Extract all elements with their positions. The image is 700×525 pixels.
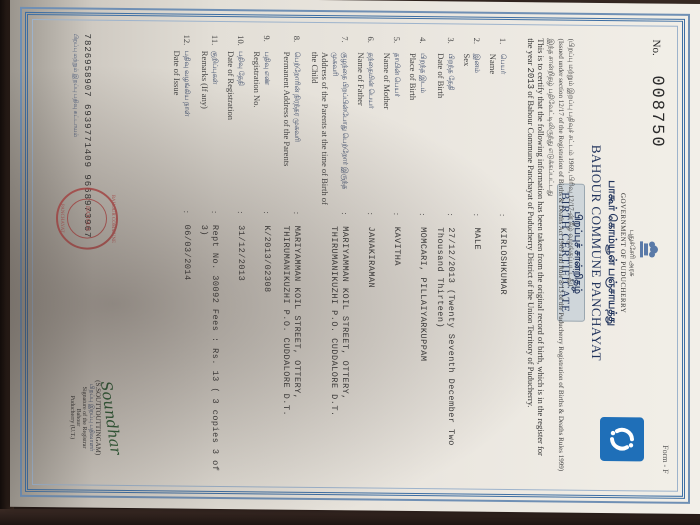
field-separator: : [488,214,508,228]
circular-arrows-logo-icon [600,417,644,461]
serial-number: No. 008750 [647,39,666,148]
field-label: பிறந்த இடம்Place of Birth [408,53,428,213]
field-value: 06/03/2014 [172,224,192,478]
field-index: 6. [356,36,376,52]
field-row: 3.பிறந்த தேதிDate of Birth:27/12/2013 (T… [434,37,456,481]
field-label-english: Date of Birth [436,53,446,213]
field-index: 8. [280,36,302,52]
field-value: Rept No. 30092 Fees : Rs. 13 ( 3 copies … [198,225,220,479]
official-seal: BAHOUR COMMUNE BAHOUR PANCHAYAT [56,187,118,250]
field-label: பதிவு தேதிDate of Registration [226,51,246,211]
form-label: Form - F [661,445,670,474]
certificate-fields: 1.பெயர்Name:KIRLOSHKUMAR2.இனம்Sex:MALE3.… [172,34,514,482]
field-label: குழந்தை பிறப்பின்போது பெற்றோர் இருந்த மு… [310,52,350,212]
field-row: 6.தந்தையின் பெயர்Name of Father:JANAKIRA… [356,36,376,480]
seal-ring-bottom: PANCHAYAT [59,189,64,247]
field-value: MARIYAMMAN KOIL STREET, OTTERY, THIRUMAN… [280,226,302,480]
serial-prefix: No. [650,39,662,55]
field-value: MARIYAMMAN KOIL STREET, OTTERY, THIRUMAN… [310,226,350,480]
field-label-tamil: பெற்றோரின் நிரந்தர முகவரி [292,52,302,212]
field-label: பெற்றோரின் நிரந்தர முகவரிPermanent Addre… [280,52,302,212]
field-label: பிறந்த தேதிDate of Birth [434,53,456,213]
field-label-tamil: இனம் [472,54,482,214]
field-label-english: Sex [462,54,472,214]
field-index: 2. [462,38,482,54]
field-separator: : [252,211,272,225]
field-label-tamil: பதிவு தேதி [236,51,246,211]
field-row: 7.குழந்தை பிறப்பின்போது பெற்றோர் இருந்த … [310,36,350,480]
field-label-tamil: பிறந்த தேதி [446,53,456,213]
birth-certificate: No. 008750 Form - F புதுச்சேரி அரசு GOVE… [10,0,700,514]
field-value: MOMCARI, PILLAIYARKUPPAM [408,227,428,481]
serial-value: 008750 [647,75,666,148]
field-label-english: Name of Father [356,52,366,212]
field-label-english: Name [488,54,498,214]
field-row: 4.பிறந்த இடம்Place of Birth:MOMCARI, PIL… [408,37,428,481]
field-label-english: Name of Mother [382,53,392,213]
field-label-english: Registration No. [252,51,262,211]
field-value: K/2013/02308 [252,225,272,479]
field-index: 1. [488,38,508,54]
field-index: 10. [226,35,246,51]
field-index: 12. [172,34,192,50]
seal-ring-top: BAHOUR COMMUNE [110,190,115,248]
field-index: 5. [382,37,402,53]
footer-tamil-note: பிறப்பு மற்றும் இறப்பு பதிவு கட்டாயம் [71,33,78,137]
registrar-district: Puducherry (U.T.) [69,357,75,477]
field-separator: : [310,212,350,226]
field-separator: : [280,212,302,226]
field-label-english: Permanent Address of the Parents [282,52,292,212]
field-row: 10.பதிவு தேதிDate of Registration:31/12/… [226,35,246,479]
field-label-tamil: குறிப்புகள் [210,51,220,211]
field-separator: : [356,212,376,226]
field-separator: : [198,211,220,225]
field-label-english: Remarks (If any) [200,51,210,211]
field-label: தாயின் பெயர்Name of Mother [382,53,402,213]
field-index: 11. [198,35,220,51]
field-row: 12.பதிவு வழங்கிய நாள்Date of Issue:06/03… [172,34,192,478]
field-separator: : [226,211,246,225]
field-index: 9. [252,35,272,51]
field-index: 3. [434,37,456,53]
header-commune: BAHOUR COMMUNE PANCHAYAT [588,133,604,373]
field-label-tamil: பதிவு எண் [262,51,272,211]
field-value: MALE [462,228,482,482]
intro-year: 2013 [525,67,535,89]
field-value: KAVITHA [382,227,402,481]
field-label-tamil: தாயின் பெயர் [392,53,402,213]
intro-tamil-line1: (பிறப்பு மற்றும் இறப்பு பதிவுச் சட்டம் 1… [566,39,576,473]
field-index: 4. [408,37,428,53]
registrar-signature-block: Soundhar (S.SOUTTOUTTINGAM) பிறப்பு இறப்… [69,357,120,478]
field-label-tamil: பதிவு வழங்கிய நாள் [182,51,192,211]
field-label: பெயர்Name [488,54,508,214]
field-separator: : [408,213,428,227]
intro-issued-under: (Issued under section 12/17 of the Regis… [556,38,566,472]
intro-certify-text: This is to certify that the following in… [536,38,546,472]
field-row: 5.தாயின் பெயர்Name of Mother:KAVITHA [382,37,402,481]
field-value: 31/12/2013 [226,225,246,479]
seal-center: BAHOUR [84,206,90,231]
registrar-title-tamil: பிறப்பு இறப்பு பதிவாளர் [87,358,94,478]
field-label-english: Date of Registration [226,51,236,211]
state-emblem-icon [636,238,660,260]
field-row: 2.இனம்Sex:MALE [462,38,482,482]
field-value: JANAKIRAMAN [356,226,376,480]
field-label-english: Place of Birth [408,53,418,213]
field-label-english: Date of Issue [172,50,182,210]
field-separator: : [172,210,192,224]
field-label-tamil: குழந்தை பிறப்பின்போது பெற்றோர் இருந்த மு… [330,52,350,212]
field-label: பதிவு எண்Registration No. [252,51,272,211]
header-tamil-commune: பாகூர் கொம்யூன் பஞ்சாயத்து [604,133,618,373]
field-label-tamil: பெயர் [498,54,508,214]
field-label: இனம்Sex [462,54,482,214]
field-row: 8.பெற்றோரின் நிரந்தர முகவரிPermanent Add… [280,36,302,480]
field-row: 11.குறிப்புகள்Remarks (If any):Rept No. … [198,35,220,479]
header-government: GOVERNMENT OF PUDUCHERRY [619,133,627,373]
header-tamil-government: புதுச்சேரி அரசு [627,133,636,373]
field-value: KIRLOSHKUMAR [488,228,508,482]
field-label-english: Address of the Parents at the time of Bi… [310,52,330,212]
field-label: தந்தையின் பெயர்Name of Father [356,52,376,212]
field-separator: : [462,214,482,228]
intro-of-text: of Bahour Commune Panchayat of Puducherr… [526,91,536,407]
field-label: குறிப்புகள்Remarks (If any) [198,51,220,211]
field-separator: : [434,213,456,227]
registrar-office: Bahour [75,357,81,477]
registrar-title: Signature of the Registrar [81,358,87,478]
field-index: 7. [310,36,350,52]
field-row: 1.பெயர்Name:KIRLOSHKUMAR [488,38,508,482]
field-separator: : [382,213,402,227]
certificate-intro: (பிறப்பு மற்றும் இறப்பு பதிவுச் சட்டம் 1… [525,38,576,473]
field-label: பதிவு வழங்கிய நாள்Date of Issue [172,50,192,210]
field-row: 9.பதிவு எண்Registration No.:K/2013/02308 [252,35,272,479]
field-label-tamil: பிறந்த இடம் [418,53,428,213]
intro-tamil-line2: இந்த சான்றிதழ் பதிவேட்டிலிருந்து எடுக்கப… [546,38,556,472]
intro-year-label: the year [526,38,536,65]
field-label-tamil: தந்தையின் பெயர் [366,53,376,213]
field-value: 27/12/2013 (Twenty Seventh December Two … [434,227,456,481]
